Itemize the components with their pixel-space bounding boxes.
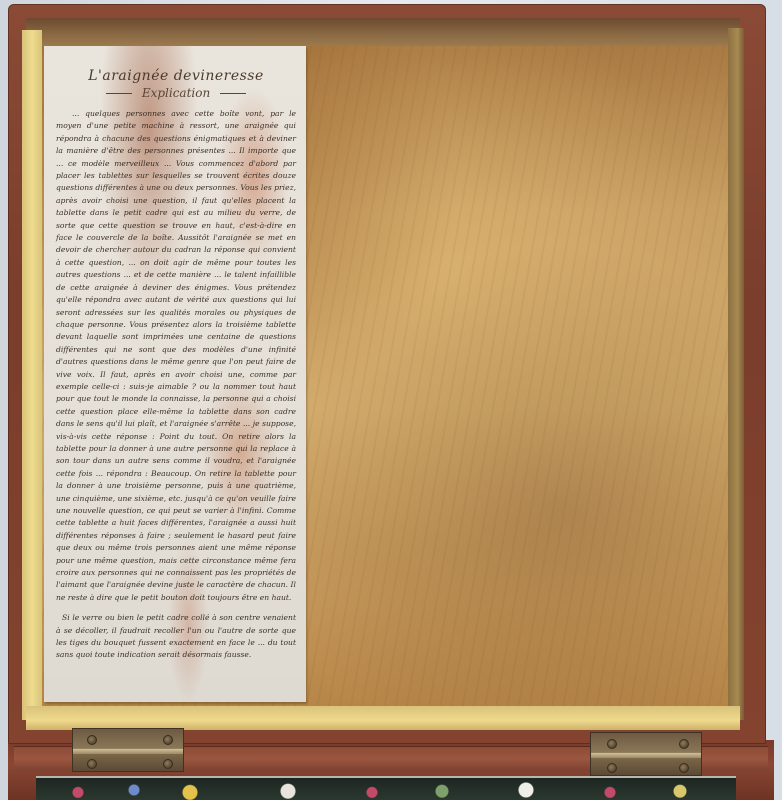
screw-icon [163, 735, 173, 745]
document-title: L'araignée devineresse [56, 68, 296, 84]
screw-icon [679, 763, 689, 773]
screw-icon [87, 735, 97, 745]
floral-tapestry-panel [36, 776, 736, 800]
lid-bottom-rail [26, 706, 740, 730]
document-body: ... quelques personnes avec cette boîte … [56, 108, 296, 604]
instruction-sheet: L'araignée devineresse Explication ... q… [44, 46, 306, 702]
photo-scene: L'araignée devineresse Explication ... q… [0, 0, 782, 800]
document-subtitle: Explication [56, 86, 296, 100]
right-hinge [590, 732, 702, 776]
lid-top-rail [26, 18, 740, 46]
screw-icon [87, 759, 97, 769]
lid-right-rail [728, 28, 744, 720]
document-note: Si le verre ou bien le petit cadre collé… [56, 612, 296, 662]
screw-icon [607, 739, 617, 749]
screw-icon [163, 759, 173, 769]
screw-icon [607, 763, 617, 773]
screw-icon [679, 739, 689, 749]
hinge-knuckle [73, 749, 183, 754]
hinge-knuckle [591, 753, 701, 758]
lid-left-rail [22, 30, 42, 720]
left-hinge [72, 728, 184, 772]
